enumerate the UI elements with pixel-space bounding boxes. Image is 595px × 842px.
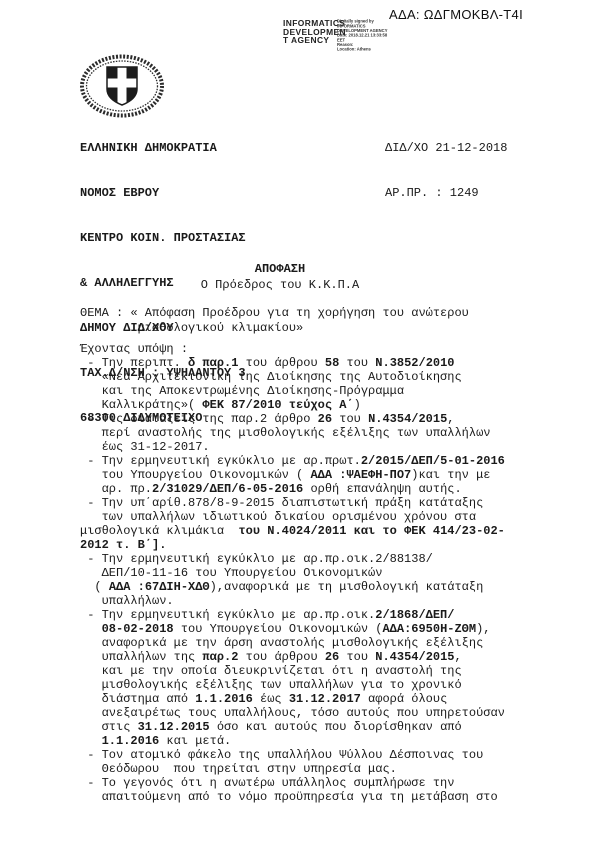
stamp-detail-line: Location: Athens bbox=[337, 47, 425, 52]
body-text-segment: αρ. πρ. bbox=[80, 482, 152, 496]
body-text-segment: ΔΕΠ/10-11-16 του Υπουργείου Οικονομικών bbox=[80, 566, 382, 580]
body-text-segment: Έχοντας υπόψη : bbox=[80, 342, 188, 356]
body-text-segment: αφορά όλους bbox=[361, 692, 447, 706]
body-text-segment: - Την ερμηνευτική εγκύκλιο με αρ.πρ.οικ.… bbox=[80, 552, 433, 566]
subject-line-1: ΘΕΜΑ : « Απόφαση Προέδρου για τη χορήγησ… bbox=[80, 306, 469, 320]
sender-line-country: ΕΛΛΗΝΙΚΗ ΔΗΜΟΚΡΑΤΙΑ bbox=[80, 141, 246, 156]
body-text-segment: μισθολογικά κλιμάκια bbox=[80, 524, 238, 538]
body-text-segment: ),αναφορικά με τη μισθολογική κατάταξη bbox=[210, 580, 484, 594]
body-text-segment: ορθή επανάληψη αυτής. bbox=[303, 482, 461, 496]
body-text-segment: ΑΔΑ :67ΔΙΗ-ΧΔΘ bbox=[109, 580, 210, 594]
body-line: ( ΑΔΑ :67ΔΙΗ-ΧΔΘ),αναφορικά με τη μισθολ… bbox=[80, 580, 505, 594]
body-text-segment: - Την υπ΄αρίθ.878/8-9-2015 διαπιστωτική … bbox=[80, 496, 483, 510]
body-line: Έχοντας υπόψη : bbox=[80, 342, 505, 356]
body-text-segment: Ν.4354/2015 bbox=[368, 412, 447, 426]
body-line: «Νέα Αρχιτεκτονική της Διοίκησης της Αυτ… bbox=[80, 370, 505, 384]
body-line: - Τις διατάξεις της παρ.2 άρθρο 26 του Ν… bbox=[80, 412, 505, 426]
body-text-segment: 2/1868/ΔΕΠ/ bbox=[375, 608, 454, 622]
body-text-segment: παρ.2 bbox=[202, 650, 238, 664]
body-text-segment: , bbox=[447, 412, 454, 426]
body-line: απαιτούμενη από το νόμο προϋπηρεσία για … bbox=[80, 790, 505, 804]
body-text-segment: - Την περιπτ. bbox=[80, 356, 188, 370]
body-text-segment: του Υπουργείου Οικονομικών ( bbox=[174, 622, 383, 636]
body-text-segment: 2012 τ. Β΄]. bbox=[80, 538, 166, 552]
body-text-segment: Καλλικράτης»( bbox=[80, 398, 202, 412]
body-text-segment: ΑΔΑ:6950Η-ΖΘΜ bbox=[382, 622, 476, 636]
body-text-segment: - Τον ατομικό φάκελο της υπαλλήλου Ψύλλο… bbox=[80, 748, 483, 762]
body-text-segment: ανεξαιρέτως τους υπαλλήλους, τόσο αυτούς… bbox=[80, 706, 505, 720]
body-text-segment: - Την ερμηνευτική εγκύκλιο με αρ.πρωτ. bbox=[80, 454, 361, 468]
body-line: του Υπουργείου Οικονομικών ( ΑΔΑ :ΨΑΕΦΗ-… bbox=[80, 468, 505, 482]
body-text-segment: - Το γεγονός ότι η ανωτέρω υπάλληλος συμ… bbox=[80, 776, 454, 790]
body-line: και με την οποία διευκρινίζεται ότι η αν… bbox=[80, 664, 505, 678]
body-line: μισθολογικά κλιμάκια του Ν.4024/2011 και… bbox=[80, 524, 505, 538]
body-text-segment: έως bbox=[253, 692, 289, 706]
body-line: περί αναστολής της μισθολογικής εξέλιξης… bbox=[80, 426, 505, 440]
body-text-segment: απαιτούμενη από το νόμο προϋπηρεσία για … bbox=[80, 790, 498, 804]
body-line: ανεξαιρέτως τους υπαλλήλους, τόσο αυτούς… bbox=[80, 706, 505, 720]
body-line: των υπαλλήλων ιδιωτικού δικαίου ορισμένο… bbox=[80, 510, 505, 524]
body-line: μισθολογικής εξέλιξης των υπαλλήλων για … bbox=[80, 678, 505, 692]
body-line: - Την ερμηνευτική εγκύκλιο με αρ.πρωτ.2/… bbox=[80, 454, 505, 468]
body-text-segment: 2/2015/ΔΕΠ/5-01-2016 bbox=[361, 454, 505, 468]
body-line: ΔΕΠ/10-11-16 του Υπουργείου Οικονομικών bbox=[80, 566, 505, 580]
body-text-segment: ΦΕΚ 87/2010 τεύχος Α΄ bbox=[202, 398, 353, 412]
body-line: 2012 τ. Β΄]. bbox=[80, 538, 505, 552]
sender-line-org-1: ΚΕΝΤΡΟ ΚΟΙΝ. ΠΡΟΣΤΑΣΙΑΣ bbox=[80, 231, 246, 246]
decision-subtitle: Ο Πρόεδρος του Κ.Κ.Π.Α bbox=[80, 278, 480, 292]
body-line: διάστημα από 1.1.2016 έως 31.12.2017 αφο… bbox=[80, 692, 505, 706]
body-text-segment: του άρθρου bbox=[238, 650, 324, 664]
body-line: αναφορικά με την άρση αναστολής μισθολογ… bbox=[80, 636, 505, 650]
body-line: στις 31.12.2015 όσο και αυτούς που διορί… bbox=[80, 720, 505, 734]
body-text-segment: του Ν.4024/2011 και το ΦΕΚ 414/23-02- bbox=[238, 524, 504, 538]
body-text-segment: και της Αποκεντρωμένης Διοίκησης-Πρόγραμ… bbox=[80, 384, 404, 398]
body-line: - Τον ατομικό φάκελο της υπαλλήλου Ψύλλο… bbox=[80, 748, 505, 762]
body-text-segment: των υπαλλήλων ιδιωτικού δικαίου ορισμένο… bbox=[80, 510, 476, 524]
sender-line-prefecture: ΝΟΜΟΣ ΕΒΡΟΥ bbox=[80, 186, 246, 201]
body-text-segment bbox=[80, 622, 102, 636]
body-text-segment: του άρθρου bbox=[238, 356, 324, 370]
body-text-segment: του bbox=[332, 412, 368, 426]
body-text-segment: υπαλλήλων της bbox=[80, 650, 202, 664]
body-line: - Το γεγονός ότι η ανωτέρω υπάλληλος συμ… bbox=[80, 776, 505, 790]
protocol-number: ΑΡ.ΠΡ. : 1249 bbox=[385, 186, 507, 201]
body-line: έως 31-12-2017. bbox=[80, 440, 505, 454]
document-body: Έχοντας υπόψη : - Την περιπτ. δ παρ.1 το… bbox=[80, 342, 505, 804]
body-text-segment: υπαλλήλων. bbox=[80, 594, 174, 608]
body-line: 1.1.2016 και μετά. bbox=[80, 734, 505, 748]
body-text-segment: διάστημα από bbox=[80, 692, 195, 706]
body-text-segment: του Υπουργείου Οικονομικών ( bbox=[80, 468, 310, 482]
body-text-segment: ΑΔΑ :ΨΑΕΦΗ-ΠΟ7 bbox=[310, 468, 411, 482]
body-line: - Την ερμηνευτική εγκύκλιο με αρ.πρ.οικ.… bbox=[80, 608, 505, 622]
body-text-segment: - Τις διατάξεις της παρ.2 άρθρο bbox=[80, 412, 318, 426]
document-page: ΑΔΑ: ΩΔΓΜΟΚΒΛ-Τ4Ι INFORMATICS DEVELOPMEN… bbox=[0, 0, 595, 842]
body-text-segment: ), bbox=[476, 622, 490, 636]
body-line: - Την υπ΄αρίθ.878/8-9-2015 διαπιστωτική … bbox=[80, 496, 505, 510]
body-text-segment: 31.12.2017 bbox=[289, 692, 361, 706]
body-text-segment: 1.1.2016 bbox=[102, 734, 160, 748]
body-line: Καλλικράτης»( ΦΕΚ 87/2010 τεύχος Α΄) bbox=[80, 398, 505, 412]
body-text-segment: Θεόδωρου που τηρείται στην υπηρεσία μας. bbox=[80, 762, 397, 776]
signature-details: Digitally signed by INFORMATICS DEVELOPM… bbox=[337, 19, 425, 52]
body-text-segment: 26 bbox=[318, 412, 332, 426]
greek-national-emblem-icon bbox=[79, 54, 165, 118]
body-text-segment: )και την με bbox=[411, 468, 490, 482]
body-text-segment: 08-02-2018 bbox=[102, 622, 174, 636]
body-line: αρ. πρ.2/31029/ΔΕΠ/6-05-2016 ορθή επανάλ… bbox=[80, 482, 505, 496]
body-line: και της Αποκεντρωμένης Διοίκησης-Πρόγραμ… bbox=[80, 384, 505, 398]
body-text-segment: 31.12.2015 bbox=[138, 720, 210, 734]
body-text-segment: αναφορικά με την άρση αναστολής μισθολογ… bbox=[80, 636, 483, 650]
body-text-segment: και μετά. bbox=[159, 734, 231, 748]
body-text-segment: μισθολογικής εξέλιξης των υπαλλήλων για … bbox=[80, 678, 462, 692]
body-text-segment: 2/31029/ΔΕΠ/6-05-2016 bbox=[152, 482, 303, 496]
place-date: ΔΙΔ/ΧΟ 21-12-2018 bbox=[385, 141, 507, 156]
body-text-segment: 58 bbox=[325, 356, 339, 370]
decision-title: ΑΠΟΦΑΣΗ bbox=[80, 262, 480, 276]
body-line: - Την περιπτ. δ παρ.1 του άρθρου 58 του … bbox=[80, 356, 505, 370]
date-protocol-block: ΔΙΔ/ΧΟ 21-12-2018 ΑΡ.ΠΡ. : 1249 bbox=[385, 111, 507, 231]
body-text-segment: και με την οποία διευκρινίζεται ότι η αν… bbox=[80, 664, 462, 678]
body-text-segment: Ν.4354/2015 bbox=[375, 650, 454, 664]
body-text-segment: «Νέα Αρχιτεκτονική της Διοίκησης της Αυτ… bbox=[80, 370, 462, 384]
body-text-segment: περί αναστολής της μισθολογικής εξέλιξης… bbox=[80, 426, 490, 440]
body-text-segment: ( bbox=[80, 580, 109, 594]
body-line: Θεόδωρου που τηρείται στην υπηρεσία μας. bbox=[80, 762, 505, 776]
body-text-segment: , bbox=[455, 650, 462, 664]
body-text-segment bbox=[80, 734, 102, 748]
body-text-segment: δ παρ.1 bbox=[188, 356, 238, 370]
body-text-segment: όσο και αυτούς που διορίσθηκαν από bbox=[210, 720, 462, 734]
body-text-segment: - Την ερμηνευτική εγκύκλιο με αρ.πρ.οικ. bbox=[80, 608, 375, 622]
subject-line-2: μισθολογικού κλιμακίου» bbox=[80, 321, 303, 335]
body-line: υπαλλήλων. bbox=[80, 594, 505, 608]
body-text-segment: 26 bbox=[325, 650, 339, 664]
body-text-segment: ) bbox=[354, 398, 361, 412]
body-line: - Την ερμηνευτική εγκύκλιο με αρ.πρ.οικ.… bbox=[80, 552, 505, 566]
body-text-segment: του bbox=[339, 650, 375, 664]
body-line: υπαλλήλων της παρ.2 του άρθρου 26 του Ν.… bbox=[80, 650, 505, 664]
body-text-segment: του bbox=[339, 356, 375, 370]
body-text-segment: Ν.3852/2010 bbox=[375, 356, 454, 370]
body-text-segment: 1.1.2016 bbox=[195, 692, 253, 706]
body-text-segment: έως 31-12-2017. bbox=[80, 440, 210, 454]
body-text-segment: στις bbox=[80, 720, 138, 734]
body-line: 08-02-2018 του Υπουργείου Οικονομικών (Α… bbox=[80, 622, 505, 636]
